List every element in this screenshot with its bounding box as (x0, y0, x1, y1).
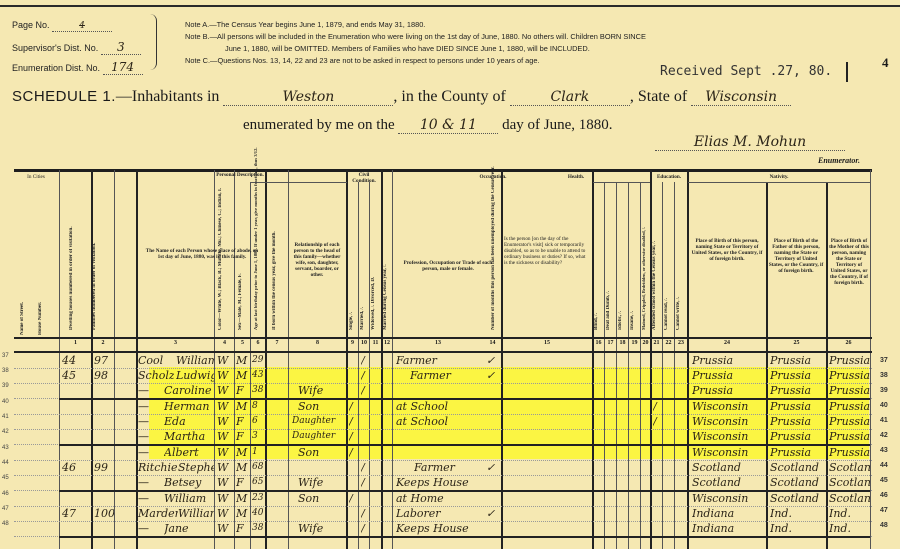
table-cell: / (361, 475, 369, 490)
table-cell: 48 (2, 521, 9, 527)
table-cell: 24 (688, 340, 766, 346)
table-cell: 6 (252, 414, 265, 429)
table-cell: 43 (252, 368, 265, 383)
table-cell: 45 (880, 477, 888, 484)
table-cell: Wisconsin (692, 414, 766, 429)
table-cell: 42 (2, 429, 9, 435)
enumerated-line: enumerated by me on the 10 & 11 day of J… (243, 117, 613, 134)
note-b: Note B.—All persons will be included in … (185, 32, 646, 41)
table-cell: enumerated by me on the (243, 117, 395, 133)
table-cell: F (236, 429, 250, 444)
enumerator-signature: Elias M. Mohun (655, 134, 845, 151)
dwelling-no: 44 (62, 353, 90, 368)
table-cell: 38 (2, 368, 9, 374)
table-cell: Son (298, 399, 346, 414)
table-cell: 4 (215, 340, 234, 346)
table-cell: M (236, 368, 250, 383)
table-cell: Enumeration Dist. No. (12, 63, 100, 73)
table-cell: F (236, 521, 250, 536)
table-cell: 23 (252, 491, 265, 506)
header-insane: Insane, /. (630, 290, 635, 330)
table-cell: 22 (663, 340, 674, 346)
supervisor-dist-field: Supervisor's Dist. No. 3 (12, 40, 141, 55)
table-cell: M (236, 506, 250, 521)
table-cell: 46 (62, 460, 90, 475)
table-cell: Daughter (292, 414, 346, 429)
table-cell: at Home (396, 491, 484, 506)
father-birthplace: Prussia (770, 353, 826, 368)
table-cell: Marden (138, 506, 178, 521)
table-row: 41 — Eda W F 6 Daughter / at School / Wi… (14, 414, 872, 430)
table-cell: 41 (2, 414, 9, 420)
table-cell: Scotland (770, 475, 826, 490)
sheet-mark: 4 (882, 55, 889, 71)
school (653, 353, 661, 368)
header-name: The Name of each Person whose place of a… (142, 248, 262, 260)
place-value: Weston (223, 89, 393, 106)
header-birthplace: Place of Birth of this person, naming St… (690, 238, 764, 262)
table-cell: Laborer (396, 506, 484, 521)
table-cell: Farmer (414, 460, 484, 475)
table-cell: Prussia (770, 429, 826, 444)
table-cell: Ind. (770, 521, 826, 536)
table-cell: 46 (2, 491, 9, 497)
table-cell: Prussia (770, 368, 826, 383)
table-cell: , State of (630, 88, 687, 105)
table-cell: 12 (382, 340, 392, 346)
table-cell: 39 (880, 387, 888, 394)
married: / (361, 353, 369, 368)
header-street: Name of Street. (20, 280, 25, 335)
table-cell: / (361, 460, 369, 475)
supervisor-dist-value: 3 (101, 40, 141, 55)
table-cell: / (361, 368, 369, 383)
table-cell: Prussia (829, 383, 870, 398)
table-cell: M (236, 445, 250, 460)
table-cell: Scotland (829, 491, 870, 506)
page-no-value: 4 (52, 21, 112, 32)
table-cell: Indiana (692, 521, 766, 536)
table-cell: M (236, 399, 250, 414)
table-cell: Ludwig (176, 368, 214, 383)
table-cell: / (349, 429, 357, 444)
table-cell: 42 (880, 432, 888, 439)
table-cell: 16 (593, 340, 604, 346)
table-cell: 19 (629, 340, 640, 346)
table-cell: 44 (2, 460, 9, 466)
table-cell: Wife (298, 383, 346, 398)
table-cell: 21 (651, 340, 662, 346)
table-cell: F (236, 414, 250, 429)
header-deaf-dumb: Deaf and Dumb, /. (606, 270, 611, 330)
table-cell: William (178, 506, 214, 521)
table-cell: W (217, 368, 233, 383)
table-cell: W (217, 414, 233, 429)
table-cell: 38 (252, 521, 265, 536)
age: 29 (252, 353, 265, 368)
table-cell: 6 (251, 340, 265, 346)
header-cannot-read: Cannot read, /. (664, 280, 669, 330)
table-cell: 37 (880, 357, 888, 364)
table-row: 40 — Herman W M 8 Son / at School / Wisc… (14, 399, 872, 415)
table-cell: Betsey (164, 475, 214, 490)
table-cell: 14 (484, 340, 501, 346)
table-cell: 43 (880, 447, 888, 454)
table-cell: 25 (767, 340, 826, 346)
header-married-during-year: Married during Census year, /. (383, 230, 388, 330)
table-cell: / (653, 414, 661, 429)
day-value: 10 & 11 (398, 117, 498, 134)
table-row: 47 47 100 Marden William W M 40 / Labore… (14, 506, 872, 522)
table-row: 38 45 98 Scholz Ludwig W M 43 / Farmer ✓… (14, 368, 872, 384)
header-single: Single, /. (349, 290, 354, 330)
table-cell: Prussia (829, 429, 870, 444)
table-cell: M (236, 491, 250, 506)
header-profession: Profession, Occupation or Trade of each … (396, 260, 500, 272)
table-cell: W (217, 506, 233, 521)
table-cell: Son (298, 491, 346, 506)
table-cell: Prussia (770, 399, 826, 414)
sex: M (236, 353, 250, 368)
table-cell: W (217, 491, 233, 506)
received-brace (843, 62, 848, 82)
table-cell: Prussia (829, 414, 870, 429)
table-cell: Prussia (829, 368, 870, 383)
table-cell: 2 (92, 340, 114, 346)
table-cell: Scotland (770, 491, 826, 506)
header-mother-birthplace: Place of Birth of the Mother of this per… (828, 238, 870, 286)
table-cell: / (361, 383, 369, 398)
header-education: Education. (651, 174, 687, 180)
table-cell: 40 (252, 506, 265, 521)
note-a: Note A.—The Census Year begins June 1, 1… (185, 20, 425, 29)
header-maimed: Maimed, Crippled, Bedridden, or otherwis… (641, 190, 646, 330)
table-row: 42 — Martha W F 3 Daughter / Wisconsin P… (14, 429, 872, 445)
table-cell: 8 (289, 340, 346, 346)
table-cell: 3 (137, 340, 214, 346)
table-cell: 13 (393, 340, 483, 346)
table-cell: Wisconsin (692, 399, 766, 414)
table-cell: 37 (2, 353, 9, 359)
table-cell: 99 (94, 460, 114, 475)
table-cell: / (349, 414, 357, 429)
table-cell: W (217, 445, 233, 460)
table-cell: W (217, 475, 233, 490)
table-cell: / (349, 445, 357, 460)
note-b-cont: June 1, 1880, will be OMITTED. Members o… (225, 44, 590, 53)
table-cell (653, 368, 661, 383)
table-row: 37 44 97 Cool William W M 29 / Farmer ✓ … (14, 353, 872, 369)
table-cell: day of June, 1880. (502, 117, 612, 133)
table-cell: Ind. (829, 521, 870, 536)
relation (292, 353, 346, 368)
page-no-field: Page No. 4 (12, 20, 112, 32)
table-cell: at School (396, 414, 484, 429)
header-sex: Sex—Male, M.; Female, F. (238, 250, 243, 330)
table-cell: 26 (827, 340, 870, 346)
table-cell: Prussia (829, 399, 870, 414)
table-cell: Scotland (692, 460, 766, 475)
table-cell: W (217, 383, 233, 398)
table-cell: 20 (641, 340, 650, 346)
table-cell: 7 (266, 340, 288, 346)
color: W (217, 353, 233, 368)
table-cell: Supervisor's Dist. No. (12, 43, 98, 53)
table-cell: ✓ (486, 368, 500, 383)
table-cell: Wisconsin (692, 429, 766, 444)
table-cell: Wisconsin (692, 491, 766, 506)
table-cell: Prussia (770, 414, 826, 429)
table-cell: ✓ (486, 460, 500, 475)
table-cell: W (217, 460, 233, 475)
family-no: 97 (94, 353, 114, 368)
table-cell: Ind. (829, 506, 870, 521)
table-cell: 10 (359, 340, 369, 346)
birthplace: Prussia (692, 353, 766, 368)
table-cell: Daughter (292, 429, 346, 444)
table-cell: Scholz (138, 368, 174, 383)
table-cell: Prussia (770, 445, 826, 460)
table-cell: 68 (252, 460, 265, 475)
table-cell: Albert (164, 445, 214, 460)
header-dwelling: Dwelling houses numbered in order of vis… (69, 200, 74, 330)
table-cell: Prussia (829, 445, 870, 460)
table-cell: Eda (164, 414, 214, 429)
received-stamp: Received Sept .27, 80. (660, 64, 832, 79)
table-cell: Indiana (692, 506, 766, 521)
census-page: Page No. 4 Supervisor's Dist. No. 3 Enum… (0, 0, 900, 549)
table-cell: 46 (880, 492, 888, 499)
table-cell: 23 (675, 340, 687, 346)
table-cell: 47 (62, 506, 90, 521)
table-cell: Ind. (770, 506, 826, 521)
header-civil-condition: Civil Condition. (347, 172, 381, 184)
table-cell: Scotland (692, 475, 766, 490)
table-cell: M (236, 460, 250, 475)
table-cell: W (217, 429, 233, 444)
table-cell: / (361, 521, 369, 536)
table-cell: 38 (880, 372, 888, 379)
table-cell: Son (298, 445, 346, 460)
mother-birthplace: Prussia (829, 353, 870, 368)
header-age: Age at last birthday prior to June 1, 18… (253, 190, 258, 330)
table-cell: 100 (94, 506, 114, 521)
table-cell: 18 (617, 340, 628, 346)
table-cell: Scotland (829, 460, 870, 475)
table-cell: 39 (2, 383, 9, 389)
table-cell: —Inhabitants in (116, 88, 220, 105)
table-cell (292, 368, 346, 383)
table-cell: 44 (880, 462, 888, 469)
table-cell: W (217, 521, 233, 536)
enumeration-dist-value: 174 (103, 60, 143, 75)
table-cell: F (236, 383, 250, 398)
table-cell: Farmer (410, 368, 484, 383)
single (350, 353, 358, 368)
table-cell: Keeps House (396, 521, 484, 536)
table-row: 46 — William W M 23 Son / at Home Wiscon… (14, 491, 872, 507)
header-health: Health. (502, 174, 650, 180)
table-cell: 5 (235, 340, 250, 346)
state-value: Wisconsin (691, 89, 791, 106)
table-row: 45 — Betsey W F 65 Wife / Keeps House Sc… (14, 475, 872, 491)
table-cell: 38 (252, 383, 265, 398)
table-cell: Wife (298, 521, 346, 536)
top-rule (0, 5, 900, 7)
table-cell: F (236, 475, 250, 490)
table-cell: 45 (62, 368, 90, 383)
table-cell: 47 (2, 506, 9, 512)
table-cell (350, 368, 358, 383)
table-cell: 47 (880, 507, 888, 514)
table-row: 43 — Albert W M 1 Son / Wisconsin Prussi… (14, 445, 872, 461)
table-cell: at School (396, 399, 484, 414)
header-sick: Is the person [on the day of the Enumera… (504, 236, 590, 266)
table-cell: Prussia (770, 383, 826, 398)
table-cell: 1 (252, 445, 265, 460)
header-in-cities: In Cities (16, 174, 56, 180)
table-cell: Stephen (178, 460, 214, 475)
table-cell: Herman (164, 399, 214, 414)
table-cell: / (653, 399, 661, 414)
table-row: 48 — Jane W F 38 Wife / Keeps House Indi… (14, 521, 872, 537)
occupation: Farmer (396, 353, 484, 368)
table-cell: 98 (94, 368, 114, 383)
header-idiotic: Idiotic, /. (618, 290, 623, 330)
table-cell: Ritchie (138, 460, 178, 475)
grid-line (59, 536, 870, 538)
table-cell: Keeps House (396, 475, 484, 490)
table-cell: 40 (2, 399, 9, 405)
enumerator-label: Enumerator. (818, 156, 860, 165)
header-widowed: Widowed, /. Divorced, D. (371, 260, 376, 330)
table-cell: Jane (164, 521, 214, 536)
table-cell: 11 (370, 340, 381, 346)
header-brace (150, 14, 157, 70)
table-cell: Wisconsin (692, 445, 766, 460)
table-cell: 15 (502, 340, 592, 346)
table-cell: ✓ (486, 506, 500, 521)
table-row: 39 — Caroline W F 38 Wife / Prussia Prus… (14, 383, 872, 399)
header-nativity: Nativity. (688, 174, 870, 180)
header-months-unemployed: Number of months this person has been un… (491, 190, 496, 330)
header-family: Families numbered in order of visitation… (92, 220, 97, 330)
schedule-line: SCHEDULE 1.—Inhabitants in Weston, in th… (12, 88, 791, 106)
enumeration-dist-field: Enumeration Dist. No. 174 (12, 60, 143, 75)
given-name: William (176, 353, 214, 368)
surname: Cool (138, 353, 174, 368)
table-cell: / (361, 506, 369, 521)
header-born-within-year: If born within the census year, give the… (272, 200, 277, 330)
table-cell: 3 (252, 429, 265, 444)
table-cell: Wife (298, 475, 346, 490)
table-cell: 9 (347, 340, 358, 346)
table-cell: Prussia (692, 383, 766, 398)
table-cell: 8 (252, 399, 265, 414)
table-cell: Martha (164, 429, 214, 444)
county-value: Clark (510, 89, 630, 106)
header-color: Color—White, W.; Black, B.; Mulatto, Mu.… (218, 190, 223, 330)
table-cell: , in the County of (393, 88, 505, 105)
header-blind: Blind, /. (594, 290, 599, 330)
header-married: Married, /. (360, 290, 365, 330)
unemployed: ✓ (486, 353, 500, 368)
table-cell: Scotland (829, 475, 870, 490)
header-cannot-write: Cannot write, /. (676, 280, 681, 330)
table-cell: 17 (605, 340, 616, 346)
table-cell: / (349, 399, 357, 414)
table-cell: 48 (880, 522, 888, 529)
table-cell: 1 (60, 340, 91, 346)
table-cell: / (349, 491, 357, 506)
table-cell: 41 (880, 417, 888, 424)
table-cell: W (217, 399, 233, 414)
table-cell: William (164, 491, 214, 506)
table-cell: 40 (880, 402, 888, 409)
header-father-birthplace: Place of Birth of the Father of this per… (768, 238, 824, 274)
table-cell: Caroline (164, 383, 214, 398)
schedule-label: SCHEDULE 1. (12, 88, 116, 105)
table-cell: 43 (2, 445, 9, 451)
header-attended-school: Attended school within the Census year, … (652, 190, 657, 330)
header-house-number: House Number. (38, 280, 43, 335)
table-cell: Page No. (12, 20, 50, 30)
table-cell: Scotland (770, 460, 826, 475)
table-cell: 45 (2, 475, 9, 481)
header-relationship: Relationship of each person to the head … (290, 242, 344, 278)
census-table: In Cities Name of Street. House Number. … (14, 170, 872, 549)
table-cell: 65 (252, 475, 265, 490)
note-c: Note C.—Questions Nos. 13, 14, 22 and 23… (185, 56, 540, 65)
table-cell: Prussia (692, 368, 766, 383)
table-row: 44 46 99 Ritchie Stephen W M 68 / Farmer… (14, 460, 872, 476)
